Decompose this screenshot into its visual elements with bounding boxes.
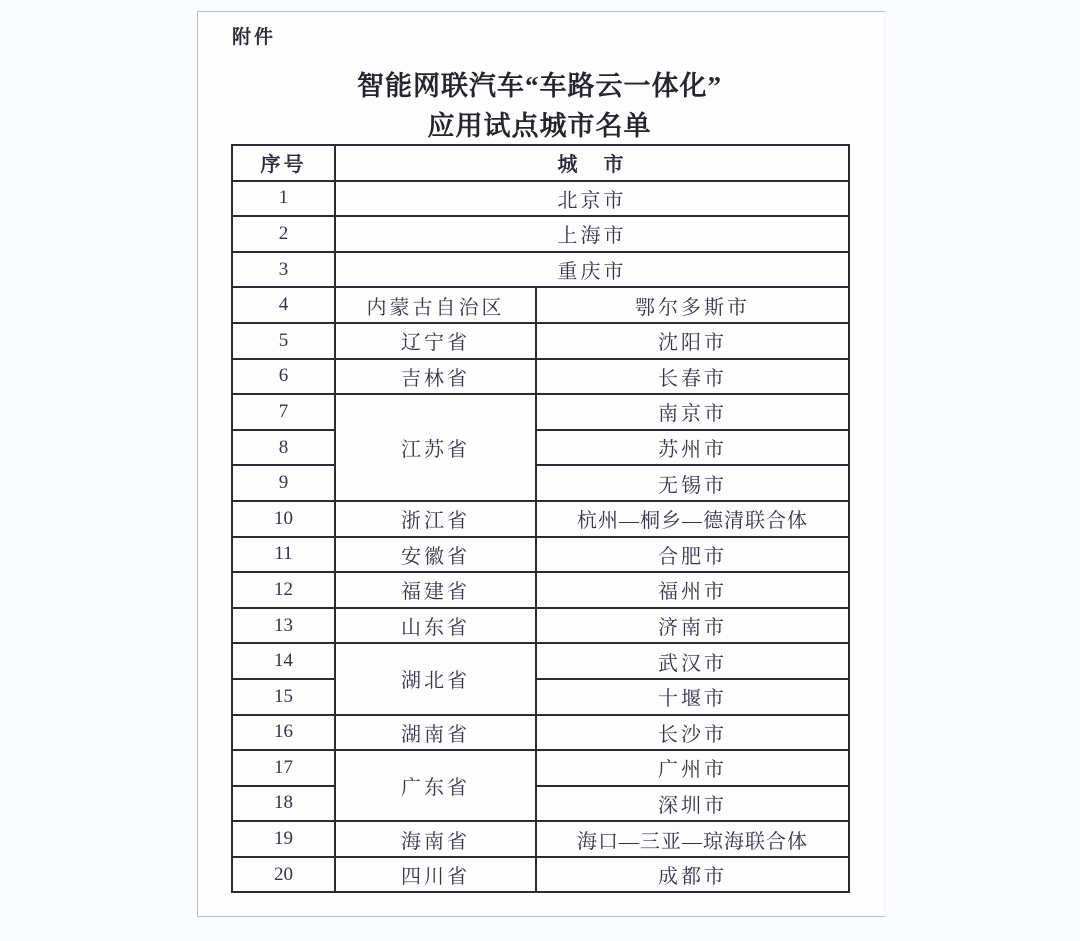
row-number-cell: 2 [232, 216, 335, 252]
city-cell: 沈阳市 [536, 323, 849, 359]
province-cell: 辽宁省 [335, 323, 536, 359]
city-cell: 南京市 [536, 394, 849, 430]
city-cell: 深圳市 [536, 786, 849, 822]
table-row: 15 十堰市 [232, 679, 849, 715]
table-row: 1 北京市 [232, 181, 849, 217]
city-cell: 海口—三亚—琼海联合体 [536, 821, 849, 857]
table-row: 12 福建省 福州市 [232, 572, 849, 608]
province-cell: 湖南省 [335, 715, 536, 751]
header-city: 城 市 [335, 145, 849, 181]
table-row: 9 无锡市 [232, 465, 849, 501]
province-cell: 山东省 [335, 608, 536, 644]
city-cell: 苏州市 [536, 430, 849, 466]
province-cell: 内蒙古自治区 [335, 287, 536, 323]
row-number-cell: 11 [232, 537, 335, 573]
table-row: 6 吉林省 长春市 [232, 359, 849, 395]
province-cell: 福建省 [335, 572, 536, 608]
city-cell: 无锡市 [536, 465, 849, 501]
document-title: 智能网联汽车“车路云一体化” 应用试点城市名单 [231, 66, 848, 146]
city-cell: 重庆市 [335, 252, 849, 288]
row-number-cell: 17 [232, 750, 335, 786]
city-cell: 北京市 [335, 181, 849, 217]
row-number-cell: 6 [232, 359, 335, 395]
document-title-line2: 应用试点城市名单 [231, 106, 848, 146]
city-cell: 长春市 [536, 359, 849, 395]
row-number-cell: 15 [232, 679, 335, 715]
row-number-cell: 9 [232, 465, 335, 501]
province-cell: 湖北省 [335, 643, 536, 714]
table-row: 13 山东省 济南市 [232, 608, 849, 644]
city-cell: 鄂尔多斯市 [536, 287, 849, 323]
city-cell: 上海市 [335, 216, 849, 252]
province-cell: 海南省 [335, 821, 536, 857]
city-cell: 济南市 [536, 608, 849, 644]
table-row: 8 苏州市 [232, 430, 849, 466]
table-row: 10 浙江省 杭州—桐乡—德清联合体 [232, 501, 849, 537]
table-row: 18 深圳市 [232, 786, 849, 822]
city-cell: 长沙市 [536, 715, 849, 751]
table-row: 4 内蒙古自治区 鄂尔多斯市 [232, 287, 849, 323]
table-row: 3 重庆市 [232, 252, 849, 288]
table-row: 17 广东省 广州市 [232, 750, 849, 786]
row-number-cell: 14 [232, 643, 335, 679]
pilot-city-table: 序号 城 市 1 北京市 2 上海市 3 重庆市 4 内蒙古自治区 鄂尔多斯市 [231, 144, 850, 893]
row-number-cell: 18 [232, 786, 335, 822]
document-page: 附件 智能网联汽车“车路云一体化” 应用试点城市名单 序号 城 市 1 北京市 … [197, 11, 885, 917]
city-cell: 十堰市 [536, 679, 849, 715]
row-number-cell: 20 [232, 857, 335, 893]
header-index: 序号 [232, 145, 335, 181]
province-cell: 广东省 [335, 750, 536, 821]
city-cell: 福州市 [536, 572, 849, 608]
province-cell: 浙江省 [335, 501, 536, 537]
attachment-label: 附件 [232, 22, 276, 49]
city-cell: 武汉市 [536, 643, 849, 679]
city-cell: 杭州—桐乡—德清联合体 [536, 501, 849, 537]
city-cell: 广州市 [536, 750, 849, 786]
document-title-line1: 智能网联汽车“车路云一体化” [231, 66, 848, 106]
table-row: 16 湖南省 长沙市 [232, 715, 849, 751]
table-row: 5 辽宁省 沈阳市 [232, 323, 849, 359]
city-cell: 成都市 [536, 857, 849, 893]
city-cell: 合肥市 [536, 537, 849, 573]
table-row: 20 四川省 成都市 [232, 857, 849, 893]
province-cell: 江苏省 [335, 394, 536, 501]
row-number-cell: 1 [232, 181, 335, 217]
row-number-cell: 8 [232, 430, 335, 466]
province-cell: 四川省 [335, 857, 536, 893]
row-number-cell: 13 [232, 608, 335, 644]
row-number-cell: 10 [232, 501, 335, 537]
table-row: 14 湖北省 武汉市 [232, 643, 849, 679]
table-row: 7 江苏省 南京市 [232, 394, 849, 430]
row-number-cell: 16 [232, 715, 335, 751]
row-number-cell: 3 [232, 252, 335, 288]
row-number-cell: 19 [232, 821, 335, 857]
province-cell: 安徽省 [335, 537, 536, 573]
table-header-row: 序号 城 市 [232, 145, 849, 181]
table-row: 2 上海市 [232, 216, 849, 252]
table-row: 19 海南省 海口—三亚—琼海联合体 [232, 821, 849, 857]
row-number-cell: 4 [232, 287, 335, 323]
province-cell: 吉林省 [335, 359, 536, 395]
row-number-cell: 5 [232, 323, 335, 359]
row-number-cell: 7 [232, 394, 335, 430]
table-row: 11 安徽省 合肥市 [232, 537, 849, 573]
row-number-cell: 12 [232, 572, 335, 608]
